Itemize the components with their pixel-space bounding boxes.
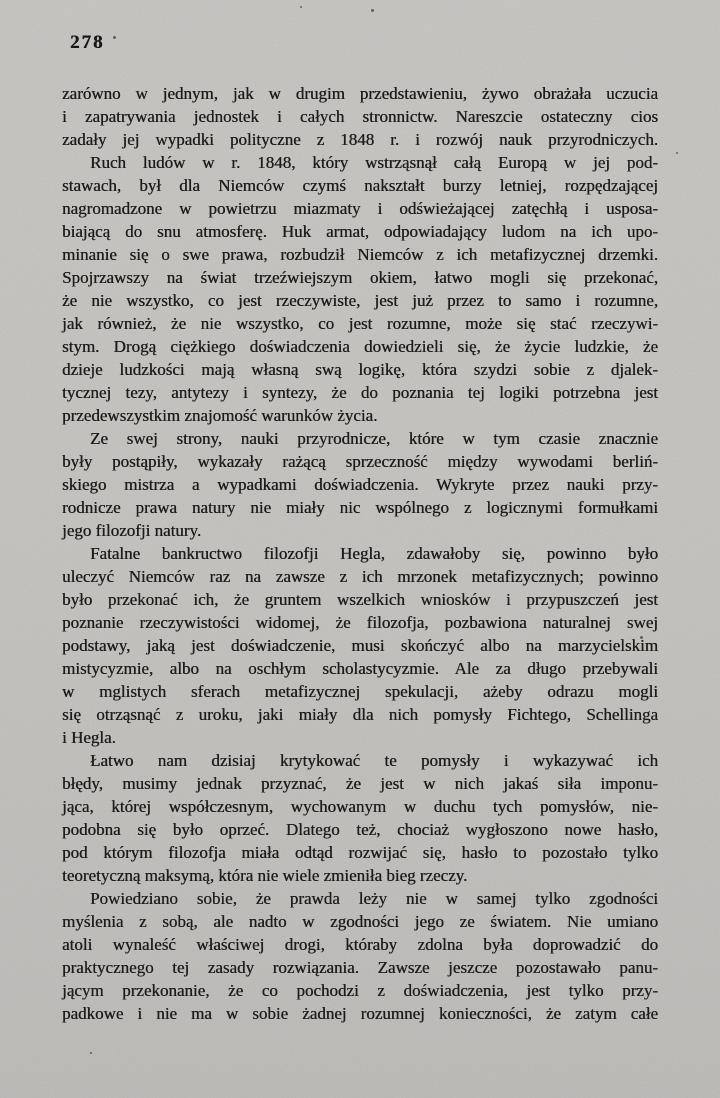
paragraph: Łatwo nam dzisiaj krytykować te pomysły … bbox=[62, 749, 658, 887]
text-line: podobna się było oprzeć. Dlatego też, ch… bbox=[62, 818, 658, 841]
text-line: rodnicze prawa natury nie miały nic wspó… bbox=[62, 496, 658, 519]
text-line: przedewszystkim znajomość warunków życia… bbox=[62, 404, 658, 427]
scanned-page: 278 zarówno w jednym, jak w drugim przed… bbox=[0, 0, 720, 1098]
text-line: skiego mistrza a wypadkami doświadczenia… bbox=[62, 473, 658, 496]
text-line: padkowe i nie ma w sobie żadnej rozumnej… bbox=[62, 1002, 658, 1025]
text-line: było przekonać ich, że gruntem wszelkich… bbox=[62, 588, 658, 611]
text-line: podstawy, jaką jest doświadczenie, musi … bbox=[62, 634, 658, 657]
text-line: jąca, której współczesnym, wychowanym w … bbox=[62, 795, 658, 818]
scan-speck bbox=[640, 636, 643, 639]
paragraph: Ze swej strony, nauki przyrodnicze, któr… bbox=[62, 427, 658, 542]
scan-speck bbox=[371, 9, 374, 12]
text-line: że nie wszystko, co jest rzeczywiste, je… bbox=[62, 289, 658, 312]
text-block: zarówno w jednym, jak w drugim przedstaw… bbox=[62, 82, 658, 1025]
scan-speck bbox=[113, 36, 116, 39]
text-line: biającą do snu atmosferę. Huk armat, odp… bbox=[62, 220, 658, 243]
text-line: minanie się o swe prawa, rozbudził Niemc… bbox=[62, 243, 658, 266]
text-line: były postąpiły, wykazały rażącą sprzeczn… bbox=[62, 450, 658, 473]
text-line: atoli wynaleść właściwej drogi, któraby … bbox=[62, 933, 658, 956]
text-line: dzieje ludzkości mają własną swą logikę,… bbox=[62, 358, 658, 381]
paragraph: Ruch ludów w r. 1848, który wstrząsnął c… bbox=[62, 151, 658, 427]
text-line: Fatalne bankructwo filozofji Hegla, zdaw… bbox=[62, 542, 658, 565]
text-line: teoretyczną maksymą, która nie wiele zmi… bbox=[62, 864, 658, 887]
text-line: Łatwo nam dzisiaj krytykować te pomysły … bbox=[62, 749, 658, 772]
text-line: zarówno w jednym, jak w drugim przedstaw… bbox=[62, 82, 658, 105]
text-line: i zapatrywania jednostek i całych stronn… bbox=[62, 105, 658, 128]
paragraph: Powiedziano sobie, że prawda leży nie w … bbox=[62, 887, 658, 1025]
scan-speck bbox=[676, 152, 678, 154]
text-line: myślenia z sobą, ale nadto w zgodności j… bbox=[62, 910, 658, 933]
text-line: nagromadzone w powietrzu miazmaty i odśw… bbox=[62, 197, 658, 220]
text-line: stawach, był dla Niemców czymś nakształt… bbox=[62, 174, 658, 197]
text-line: tycznej tezy, antytezy i syntezy, że do … bbox=[62, 381, 658, 404]
page-number: 278 bbox=[70, 32, 105, 54]
text-line: zadały jej wypadki polityczne z 1848 r. … bbox=[62, 128, 658, 151]
scan-speck bbox=[300, 6, 302, 8]
text-line: Ze swej strony, nauki przyrodnicze, któr… bbox=[62, 427, 658, 450]
text-line: się otrząsnąć z uroku, jaki miały dla ni… bbox=[62, 703, 658, 726]
text-line: praktycznego tej zasady rozwiązania. Zaw… bbox=[62, 956, 658, 979]
text-line: Spojrzawszy na świat trzeźwiejszym okiem… bbox=[62, 266, 658, 289]
text-line: Powiedziano sobie, że prawda leży nie w … bbox=[62, 887, 658, 910]
text-line: uleczyć Niemców raz na zawsze z ich mrzo… bbox=[62, 565, 658, 588]
text-line: poznanie rzeczywistości widomej, że filo… bbox=[62, 611, 658, 634]
paragraph: zarówno w jednym, jak w drugim przedstaw… bbox=[62, 82, 658, 151]
text-line: stym. Drogą ciężkiego doświadczenia dowi… bbox=[62, 335, 658, 358]
text-line: i Hegla. bbox=[62, 726, 658, 749]
text-line: pod którym filozofja miała odtąd rozwija… bbox=[62, 841, 658, 864]
text-line: mistycyzmie, albo na oschłym scholastycy… bbox=[62, 657, 658, 680]
scan-speck bbox=[90, 1052, 92, 1054]
text-line: jak również, że nie wszystko, co jest ro… bbox=[62, 312, 658, 335]
text-line: jącym przekonanie, że co pochodzi z dośw… bbox=[62, 979, 658, 1002]
text-line: błędy, musimy jednak przyznać, że jest w… bbox=[62, 772, 658, 795]
text-line: w mglistych sferach metafizycznej spekul… bbox=[62, 680, 658, 703]
text-line: jego filozofji natury. bbox=[62, 519, 658, 542]
paragraph: Fatalne bankructwo filozofji Hegla, zdaw… bbox=[62, 542, 658, 749]
text-line: Ruch ludów w r. 1848, który wstrząsnął c… bbox=[62, 151, 658, 174]
